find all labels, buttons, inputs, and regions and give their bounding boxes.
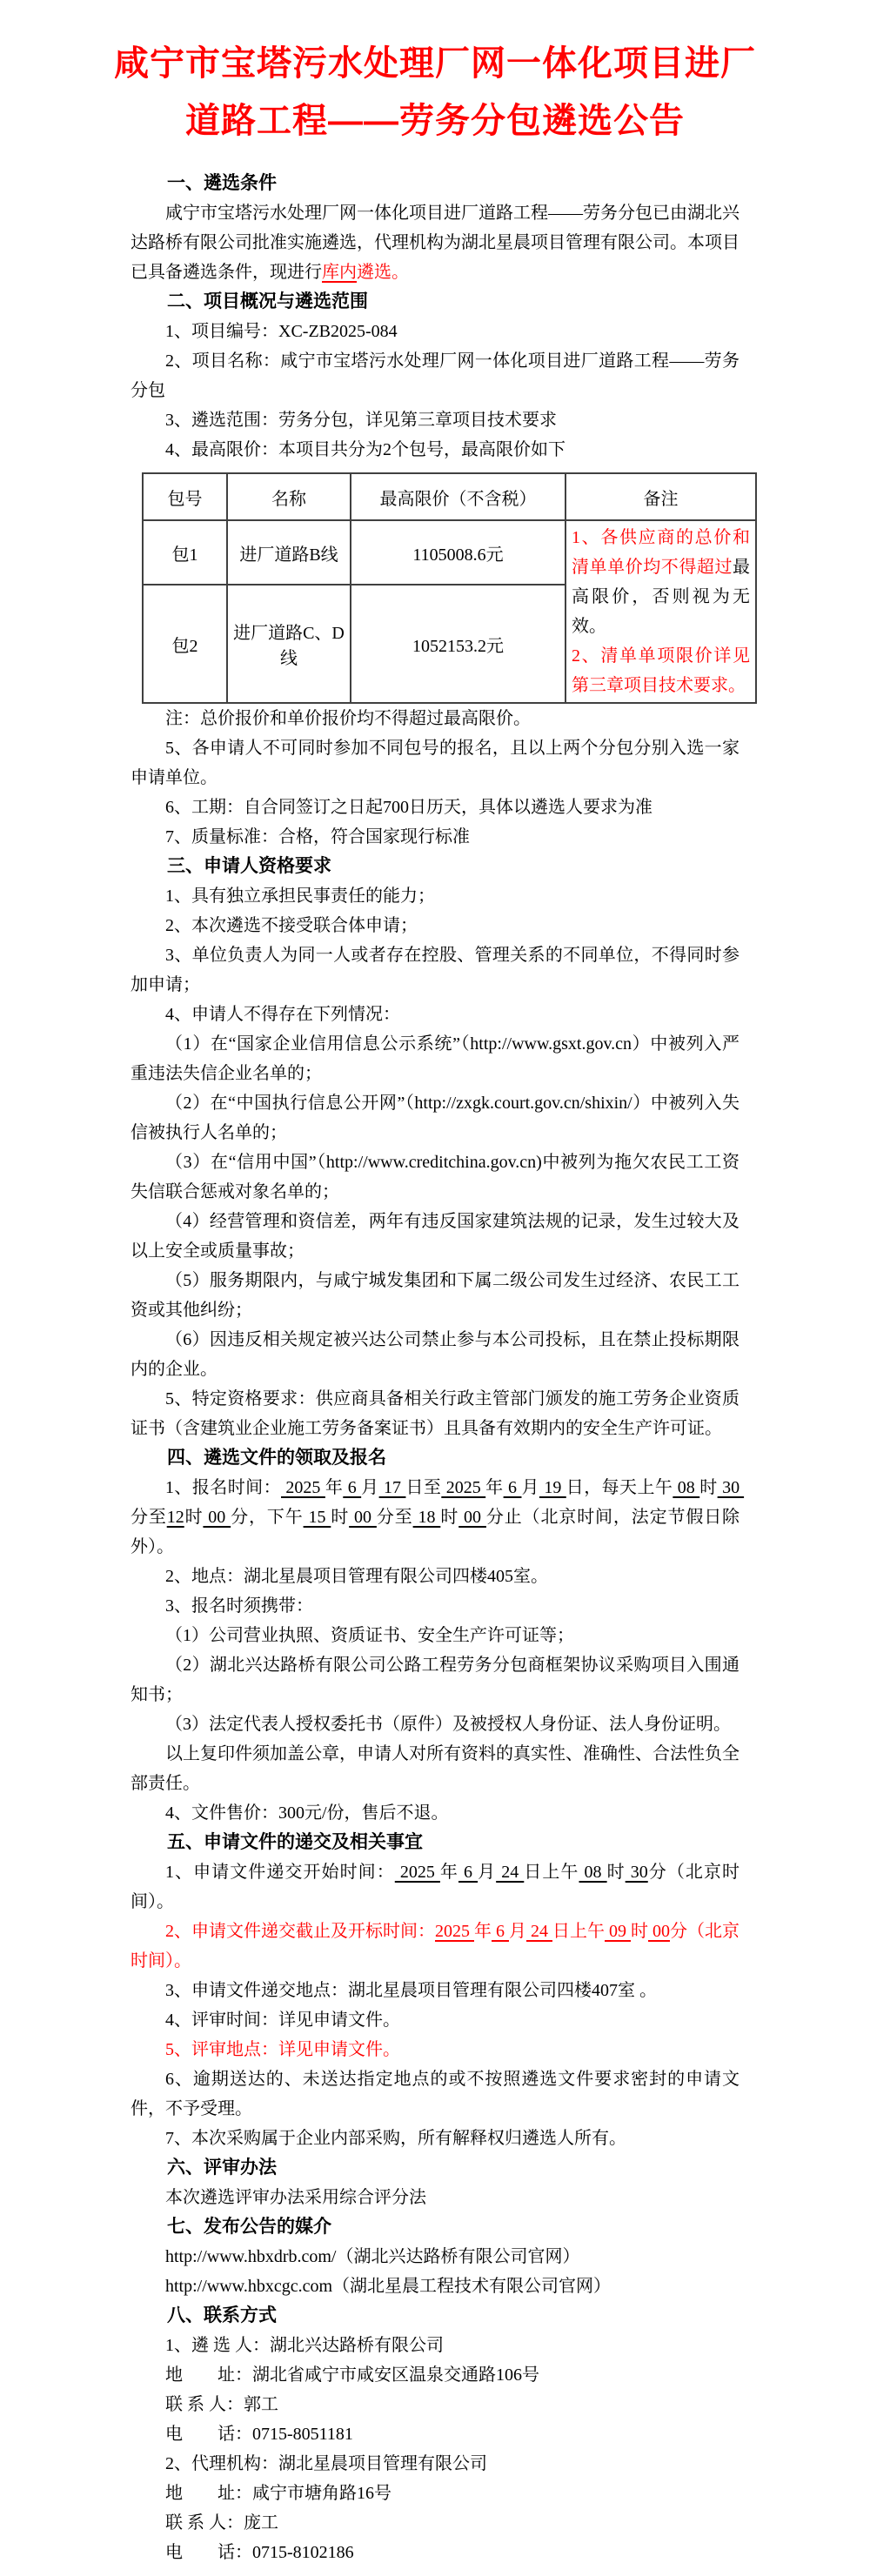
s8-agency-address: 地 址：咸宁市塘角路16号	[130, 2479, 739, 2508]
title-line-2: 道路工程——劳务分包遴选公告	[0, 92, 870, 150]
text-segment: 6	[343, 1478, 361, 1497]
s3-item-4: 4、申请人不得存在下列情况：	[130, 1000, 739, 1029]
text-segment: 00	[458, 1508, 486, 1527]
s5-item-late-delivery: 6、逾期送达的、未送达指定地点的或不按照遴选文件要求密封的申请文件，不予受理。	[130, 2064, 739, 2124]
s2-item-duration: 6、工期：自合同签订之日起700日历天，具体以遴选人要求为准	[130, 793, 739, 822]
text-segment: 分，下午	[231, 1508, 303, 1527]
text-segment: 日上午	[524, 1863, 579, 1882]
text-segment: 15	[304, 1508, 331, 1527]
title-line-1: 咸宁市宝塔污水处理厂网一体化项目进厂	[0, 35, 870, 92]
s5-item-review-place: 5、评审地点：详见申请文件。	[130, 2035, 739, 2064]
text-segment: 月	[361, 1478, 378, 1497]
text-segment: 2025	[395, 1863, 440, 1882]
s8-agency: 2、代理机构：湖北星晨项目管理有限公司	[130, 2449, 739, 2479]
text-segment: 5、评审地点：详见申请文件。	[165, 2040, 400, 2059]
s2-item-project-number: 1、项目编号：XC-ZB2025-084	[130, 317, 739, 346]
text-segment: 年	[440, 1863, 458, 1882]
text-segment: 月	[478, 1863, 496, 1882]
section-4-heading: 四、遴选文件的领取及报名	[130, 1443, 739, 1473]
text-segment: 分至	[130, 1508, 167, 1527]
s8-selector-contact: 联 系 人：郭工	[130, 2390, 739, 2419]
text-segment: 00	[203, 1508, 231, 1527]
s4-sub-1: （1）公司营业执照、资质证书、安全生产许可证等；	[130, 1621, 739, 1650]
s5-item-review-time: 4、评审时间：详见申请文件。	[130, 2005, 739, 2035]
s7-url-xingchen: http://www.hbxcgc.com（湖北星晨工程技术有限公司官网）	[130, 2272, 739, 2301]
text-segment: 1、各供应商的总价和清单单价均不得超过	[572, 528, 750, 577]
text-segment: 分至	[377, 1508, 413, 1527]
s3-sub-5: （5）服务期限内，与咸宁城发集团和下属二级公司发生过经济、农民工工资或其他纠纷；	[130, 1266, 739, 1325]
s3-sub-2: （2）在“中国执行信息公开网”（http://zxgk.court.gov.cn…	[130, 1088, 739, 1147]
text-segment: 时	[699, 1478, 717, 1497]
text-segment: 2025	[281, 1478, 325, 1497]
s7-url-xingda: http://www.hbxdrb.com/（湖北兴达路桥有限公司官网）	[130, 2242, 739, 2272]
text-segment: 时	[631, 1922, 648, 1941]
text-segment: 日上午	[552, 1922, 605, 1941]
s3-sub-6: （6）因违反相关规定被兴达公司禁止参与本公司投标，且在禁止投标期限内的企业。	[130, 1325, 739, 1384]
s8-agency-phone: 电 话：0715-8102186	[130, 2538, 739, 2567]
table-header-price: 最高限价（不含税）	[351, 473, 565, 520]
table-note: 注：总价报价和单价报价均不得超过最高限价。	[130, 704, 739, 733]
text-segment: 日至	[405, 1478, 441, 1497]
s2-item-no-multi-apply: 5、各申请人不可同时参加不同包号的报名，且以上两个分包分别入选一家申请单位。	[130, 733, 739, 793]
text-segment: 月	[509, 1922, 526, 1941]
price-limit-table: 包号 名称 最高限价（不含税） 备注 包1 进厂道路B线 1105008.6元 …	[142, 472, 757, 704]
s4-sub-3: （3）法定代表人授权委托书（原件）及被授权人身份证、法人身份证明。	[130, 1710, 739, 1739]
s2-item-project-name: 2、项目名称：咸宁市宝塔污水处理厂网一体化项目进厂道路工程——劳务分包	[130, 346, 739, 405]
text-segment: 24	[526, 1922, 552, 1941]
text-segment: 00	[349, 1508, 377, 1527]
text-segment: 年	[325, 1478, 343, 1497]
table-header-package: 包号	[143, 473, 227, 520]
s3-item-3: 3、单位负责人为同一人或者存在控股、管理关系的不同单位，不得同时参加申请；	[130, 940, 739, 1000]
text-segment: 24	[496, 1863, 524, 1882]
cell-package-2-no: 包2	[143, 585, 227, 703]
text-segment: 2、清单单项限价详见第三章项目技术要求。	[572, 646, 750, 695]
section-1-heading: 一、遴选条件	[130, 169, 739, 198]
text-segment: 08	[673, 1478, 699, 1497]
s3-sub-3: （3）在“信用中国”（http://www.creditchina.gov.cn…	[130, 1147, 739, 1207]
text-segment: 6	[504, 1478, 522, 1497]
text-segment: 19	[539, 1478, 566, 1497]
remark-paragraph-2: 2、清单单项限价详见第三章项目技术要求。	[572, 641, 750, 700]
text-segment: 12	[167, 1508, 184, 1527]
text-segment: 1、报名时间：	[165, 1478, 281, 1497]
table-header-name: 名称	[227, 473, 351, 520]
s3-sub-1: （1）在“国家企业信用信息公示系统”（http://www.gsxt.gov.c…	[130, 1029, 739, 1088]
text-segment: 30	[718, 1478, 744, 1497]
cell-package-1-no: 包1	[143, 520, 227, 585]
s5-item-submit-start: 1、申请文件递交开始时间： 2025 年 6 月 24 日上午 08 时 30分…	[130, 1857, 739, 1917]
text-segment: 库内	[322, 263, 357, 282]
s3-sub-4: （4）经营管理和资信差，两年有违反国家建筑法规的记录，发生过较大及以上安全或质量…	[130, 1207, 739, 1266]
s3-item-1: 1、具有独立承担民事责任的能力；	[130, 881, 739, 911]
cell-package-1-price: 1105008.6元	[351, 520, 565, 585]
s8-selector-address: 地 址：湖北省咸宁市咸安区温泉交通路106号	[130, 2360, 739, 2390]
s2-item-price-limit: 4、最高限价：本项目共分为2个包号，最高限价如下	[130, 435, 739, 465]
s8-selector-phone: 电 话：0715-8051181	[130, 2419, 739, 2449]
table-row-package-1: 包1 进厂道路B线 1105008.6元 1、各供应商的总价和清单单价均不得超过…	[143, 520, 756, 585]
cell-package-2-price: 1052153.2元	[351, 585, 565, 703]
document-title: 咸宁市宝塔污水处理厂网一体化项目进厂 道路工程——劳务分包遴选公告	[0, 0, 870, 150]
s4-sub-2: （2）湖北兴达路桥有限公司公路工程劳务分包商框架协议采购项目入围通知书；	[130, 1650, 739, 1710]
s5-item-submit-place: 3、申请文件递交地点：湖北星晨项目管理有限公司四楼407室 。	[130, 1976, 739, 2005]
text-segment: 00	[648, 1922, 670, 1941]
s2-item-scope: 3、遴选范围：劳务分包，详见第三章项目技术要求	[130, 405, 739, 435]
text-segment: 6	[458, 1863, 478, 1882]
section-3-heading: 三、申请人资格要求	[130, 852, 739, 881]
s8-selector: 1、遴 选 人：湖北兴达路桥有限公司	[130, 2331, 739, 2360]
text-segment: 1、申请文件递交开始时间：	[165, 1863, 395, 1882]
document-body: 一、遴选条件 咸宁市宝塔污水处理厂网一体化项目进厂道路工程——劳务分包已由湖北兴…	[0, 169, 870, 2567]
text-segment: 18	[413, 1508, 441, 1527]
s4-item-doc-price: 4、文件售价：300元/份，售后不退。	[130, 1798, 739, 1828]
cell-package-2-name: 进厂道路C、D线	[227, 585, 351, 703]
text-segment: 年	[485, 1478, 503, 1497]
section-6-heading: 六、评审办法	[130, 2153, 739, 2183]
s4-item-bring: 3、报名时须携带：	[130, 1591, 739, 1621]
section-7-heading: 七、发布公告的媒介	[130, 2212, 739, 2242]
section-8-heading: 八、联系方式	[130, 2301, 739, 2331]
text-segment: 6	[492, 1922, 509, 1941]
text-segment: 30	[626, 1863, 648, 1882]
s3-item-5: 5、特定资格要求：供应商具备相关行政主管部门颁发的施工劳务企业资质证书（含建筑业…	[130, 1384, 739, 1443]
s4-item-signup-time: 1、报名时间： 2025 年 6 月 17 日至 2025 年 6 月 19 日…	[130, 1473, 739, 1562]
s5-item-internal-purchase: 7、本次采购属于企业内部采购，所有解释权归遴选人所有。	[130, 2124, 739, 2153]
table-header-remark: 备注	[565, 473, 756, 520]
text-segment: 时	[331, 1508, 349, 1527]
s6-body: 本次遴选评审办法采用综合评分法	[130, 2183, 739, 2212]
text-segment: 日，每天上午	[566, 1478, 673, 1497]
text-segment: 时	[607, 1863, 626, 1882]
section-1-paragraph: 咸宁市宝塔污水处理厂网一体化项目进厂道路工程——劳务分包已由湖北兴达路桥有限公司…	[130, 198, 739, 287]
section-2-heading: 二、项目概况与遴选范围	[130, 287, 739, 317]
text-segment: 月	[521, 1478, 539, 1497]
s2-item-quality: 7、质量标准：合格，符合国家现行标准	[130, 822, 739, 852]
text-segment: 2、申请文件递交截止及开标时间：	[165, 1922, 435, 1941]
remark-paragraph-1: 1、各供应商的总价和清单单价均不得超过最高限价，否则视为无效。	[572, 523, 750, 641]
text-segment: 08	[579, 1863, 606, 1882]
s3-item-2: 2、本次遴选不接受联合体申请；	[130, 911, 739, 940]
text-segment: 2025	[441, 1478, 485, 1497]
text-segment: 时	[184, 1508, 204, 1527]
s4-item-location: 2、地点：湖北星晨项目管理有限公司四楼405室。	[130, 1562, 739, 1591]
s4-copy-note: 以上复印件须加盖公章，申请人对所有资料的真实性、准确性、合法性负全部责任。	[130, 1739, 739, 1798]
text-segment: 2025	[435, 1922, 474, 1941]
text-segment: 咸宁市宝塔污水处理厂网一体化项目进厂道路工程——劳务分包已由湖北兴达路桥有限公司…	[130, 204, 739, 282]
cell-package-1-name: 进厂道路B线	[227, 520, 351, 585]
text-segment: 遴选。	[357, 263, 409, 282]
s5-item-submit-deadline: 2、申请文件递交截止及开标时间：2025 年 6 月 24 日上午 09 时 0…	[130, 1917, 739, 1976]
text-segment: 年	[474, 1922, 492, 1941]
table-header-row: 包号 名称 最高限价（不含税） 备注	[143, 473, 756, 520]
document-page: 咸宁市宝塔污水处理厂网一体化项目进厂 道路工程——劳务分包遴选公告 一、遴选条件…	[0, 0, 870, 2576]
cell-remark: 1、各供应商的总价和清单单价均不得超过最高限价，否则视为无效。 2、清单单项限价…	[565, 520, 756, 703]
text-segment: 17	[379, 1478, 406, 1497]
text-segment: 时	[440, 1508, 458, 1527]
text-segment: 09	[605, 1922, 631, 1941]
s8-agency-contact: 联 系 人：庞工	[130, 2508, 739, 2538]
section-5-heading: 五、申请文件的递交及相关事宜	[130, 1828, 739, 1857]
